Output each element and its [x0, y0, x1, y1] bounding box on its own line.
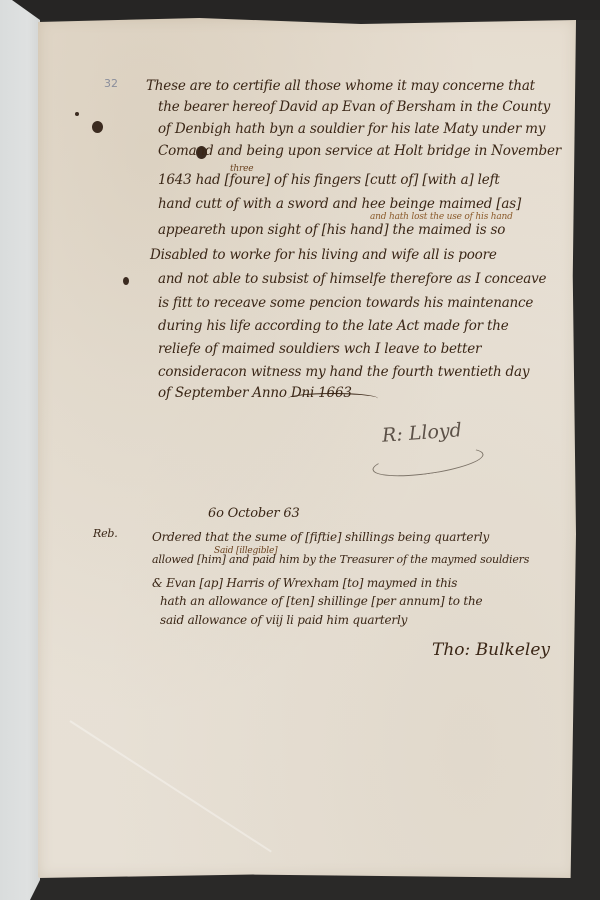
order-line: said allowance of viij li paid him quart…: [160, 612, 407, 628]
signature-bulkeley: Tho: Bulkeley: [432, 640, 550, 660]
date-flourish: [288, 393, 378, 404]
certificate-line: Comand and being upon service at Holt br…: [158, 143, 561, 159]
certificate-line: and not able to subsist of himselfe ther…: [158, 271, 546, 287]
ink-blot: [92, 121, 103, 133]
certificate-line: of Denbigh hath byn a souldier for his l…: [158, 121, 545, 137]
margin-note: Reb.: [93, 527, 118, 540]
certificate-line: These are to certifie all those whome it…: [146, 78, 535, 94]
certificate-line: consideracon witness my hand the fourth …: [158, 364, 529, 380]
mount-board: [0, 0, 40, 900]
ink-blot: [75, 112, 79, 116]
certificate-line: Disabled to worke for his living and wif…: [150, 247, 497, 263]
order-date: 6o October 63: [208, 506, 300, 521]
certificate-line: reliefe of maimed souldiers wch I leave …: [158, 341, 481, 357]
certificate-line: during his life according to the late Ac…: [158, 318, 509, 334]
certificate-line: the bearer hereof David ap Evan of Bersh…: [158, 99, 550, 115]
ink-blot: [123, 277, 129, 285]
order-line: hath an allowance of [ten] shillinge [pe…: [160, 593, 482, 609]
certificate-line: 1643 had [foure] of his fingers [cutt of…: [158, 172, 500, 188]
background-top: [0, 0, 600, 20]
order-line: allowed [him] and paid him by the Treasu…: [152, 552, 529, 568]
certificate-line: appeareth upon sight of [his hand] the m…: [158, 222, 505, 238]
order-line: & Evan [ap] Harris of Wrexham [to] mayme…: [152, 575, 457, 591]
certificate-line: is fitt to receave some pencion towards …: [158, 295, 533, 311]
order-line: Ordered that the sume of [fiftie] shilli…: [152, 529, 489, 545]
folio-number: 32: [104, 77, 118, 90]
